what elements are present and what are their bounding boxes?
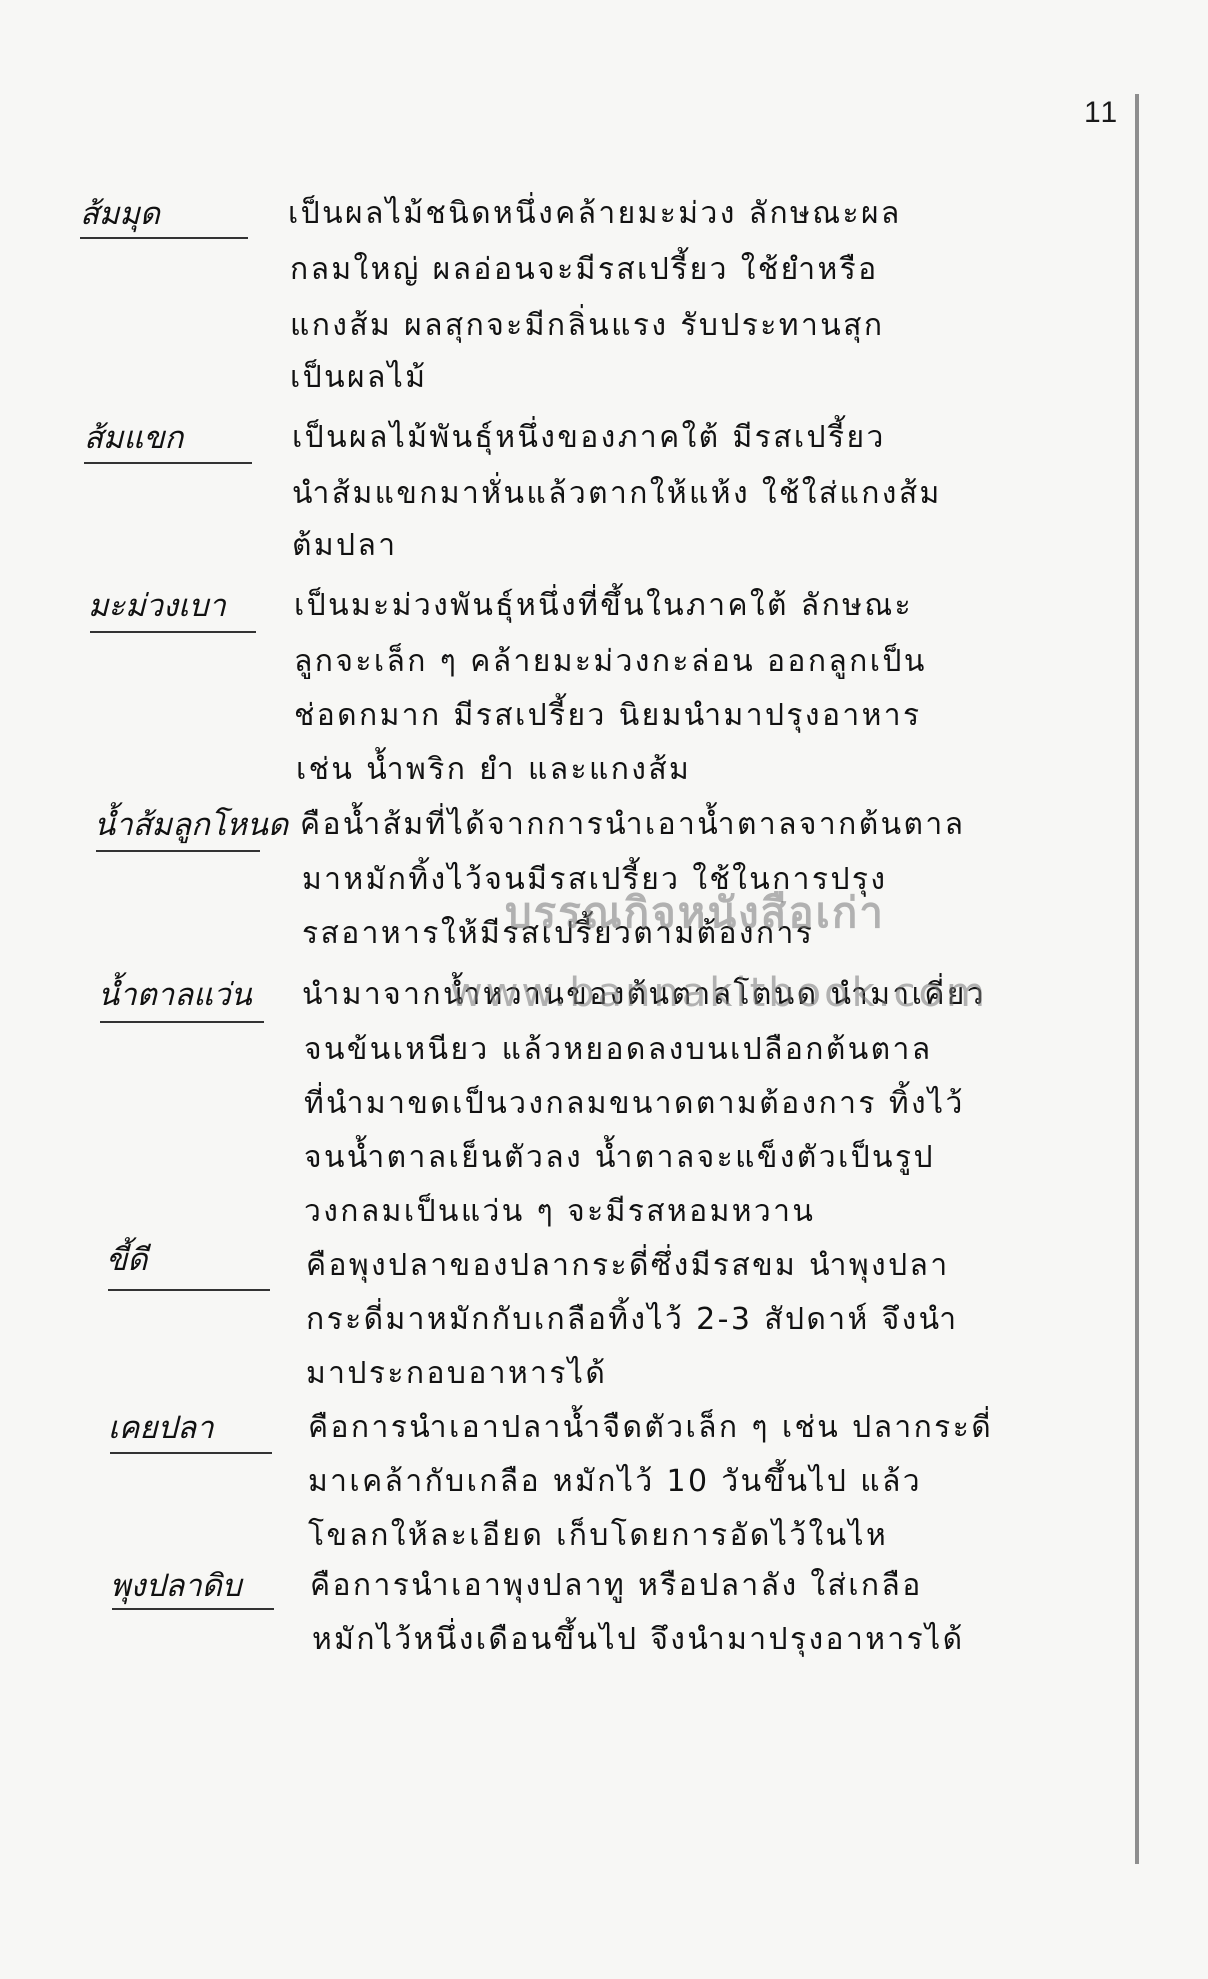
definition-line: กลมใหญ่ ผลอ่อนจะมีรสเปรี้ยว ใช้ยำหรือ xyxy=(290,250,879,290)
definition-line: วงกลมเป็นแว่น ๆ จะมีรสหอมหวาน xyxy=(304,1192,815,1232)
definition-line: มาหมักทิ้งไว้จนมีรสเปรี้ยว ใช้ในการปรุง xyxy=(302,860,887,900)
term-underline xyxy=(108,1289,270,1291)
definition-line: เป็นมะม่วงพันธุ์หนึ่งที่ขึ้นในภาคใต้ ลัก… xyxy=(294,586,913,626)
term-underline xyxy=(112,1608,274,1610)
margin-rule xyxy=(1135,94,1139,1864)
definition-line: จนน้ำตาลเย็นตัวลง น้ำตาลจะแข็งตัวเป็นรูป xyxy=(304,1138,935,1178)
definition-line: ช่อดกมาก มีรสเปรี้ยว นิยมนำมาปรุงอาหาร xyxy=(294,696,922,736)
definition-line: เป็นผลไม้ชนิดหนึ่งคล้ายมะม่วง ลักษณะผล xyxy=(288,194,902,234)
entry-term: พุงปลาดิบ xyxy=(110,1566,241,1606)
definition-line: รสอาหารให้มีรสเปรี้ยวตามต้องการ xyxy=(302,914,814,954)
term-underline xyxy=(110,1452,272,1454)
term-underline xyxy=(84,462,252,464)
page-number: 11 xyxy=(1084,96,1119,130)
definition-line: มาเคล้ากับเกลือ หมักไว้ 10 วันขึ้นไป แล้… xyxy=(308,1462,922,1502)
definition-line: นำส้มแขกมาหั่นแล้วตากให้แห้ง ใช้ใส่แกงส้… xyxy=(292,474,942,514)
entry-term: ขี้ดี xyxy=(106,1240,147,1280)
definition-line: เป็นผลไม้ xyxy=(290,358,427,398)
term-underline xyxy=(80,237,248,239)
entry-term: น้ำส้มลูกโหนด xyxy=(94,805,288,845)
definition-line: แกงส้ม ผลสุกจะมีกลิ่นแรง รับประทานสุก xyxy=(290,306,884,346)
entry-term: เคยปลา xyxy=(108,1408,214,1448)
definition-line: เป็นผลไม้พันธุ์หนึ่งของภาคใต้ มีรสเปรี้ย… xyxy=(292,418,886,458)
definition-line: ที่นำมาขดเป็นวงกลมขนาดตามต้องการ ทิ้งไว้ xyxy=(304,1084,965,1124)
definition-line: คือการนำเอาพุงปลาทู หรือปลาลัง ใส่เกลือ xyxy=(310,1566,923,1606)
definition-line: คือน้ำส้มที่ได้จากการนำเอาน้ำตาลจากต้นตา… xyxy=(300,805,965,845)
definition-line: คือพุงปลาของปลากระดี่ซึ่งมีรสขม นำพุงปลา xyxy=(306,1246,950,1286)
entry-term: ส้มมุด xyxy=(80,194,160,234)
definition-line: นำมาจากน้ำหวานของต้นตาลโตนด นำมาเคี่ยว xyxy=(302,975,986,1015)
entry-term: มะม่วงเบา xyxy=(88,586,226,626)
term-underline xyxy=(100,1021,264,1023)
term-underline xyxy=(96,850,260,852)
entry-term: ส้มแขก xyxy=(84,418,183,458)
definition-line: หมักไว้หนึ่งเดือนขึ้นไป จึงนำมาปรุงอาหาร… xyxy=(312,1620,965,1660)
definition-line: มาประกอบอาหารได้ xyxy=(306,1354,607,1394)
definition-line: คือการนำเอาปลาน้ำจืดตัวเล็ก ๆ เช่น ปลากร… xyxy=(308,1408,993,1448)
entry-term: น้ำตาลแว่น xyxy=(98,975,252,1015)
definition-line: ลูกจะเล็ก ๆ คล้ายมะม่วงกะล่อน ออกลูกเป็น xyxy=(294,642,927,682)
definition-line: กระดี่มาหมักกับเกลือทิ้งไว้ 2-3 สัปดาห์ … xyxy=(306,1300,958,1340)
definition-line: จนข้นเหนียว แล้วหยอดลงบนเปลือกต้นตาล xyxy=(304,1030,933,1070)
definition-line: ต้มปลา xyxy=(292,526,398,566)
definition-line: โขลกให้ละเอียด เก็บโดยการอัดไว้ในไห xyxy=(308,1516,888,1556)
definition-line: เช่น น้ำพริก ยำ และแกงส้ม xyxy=(296,750,691,790)
term-underline xyxy=(90,631,256,633)
